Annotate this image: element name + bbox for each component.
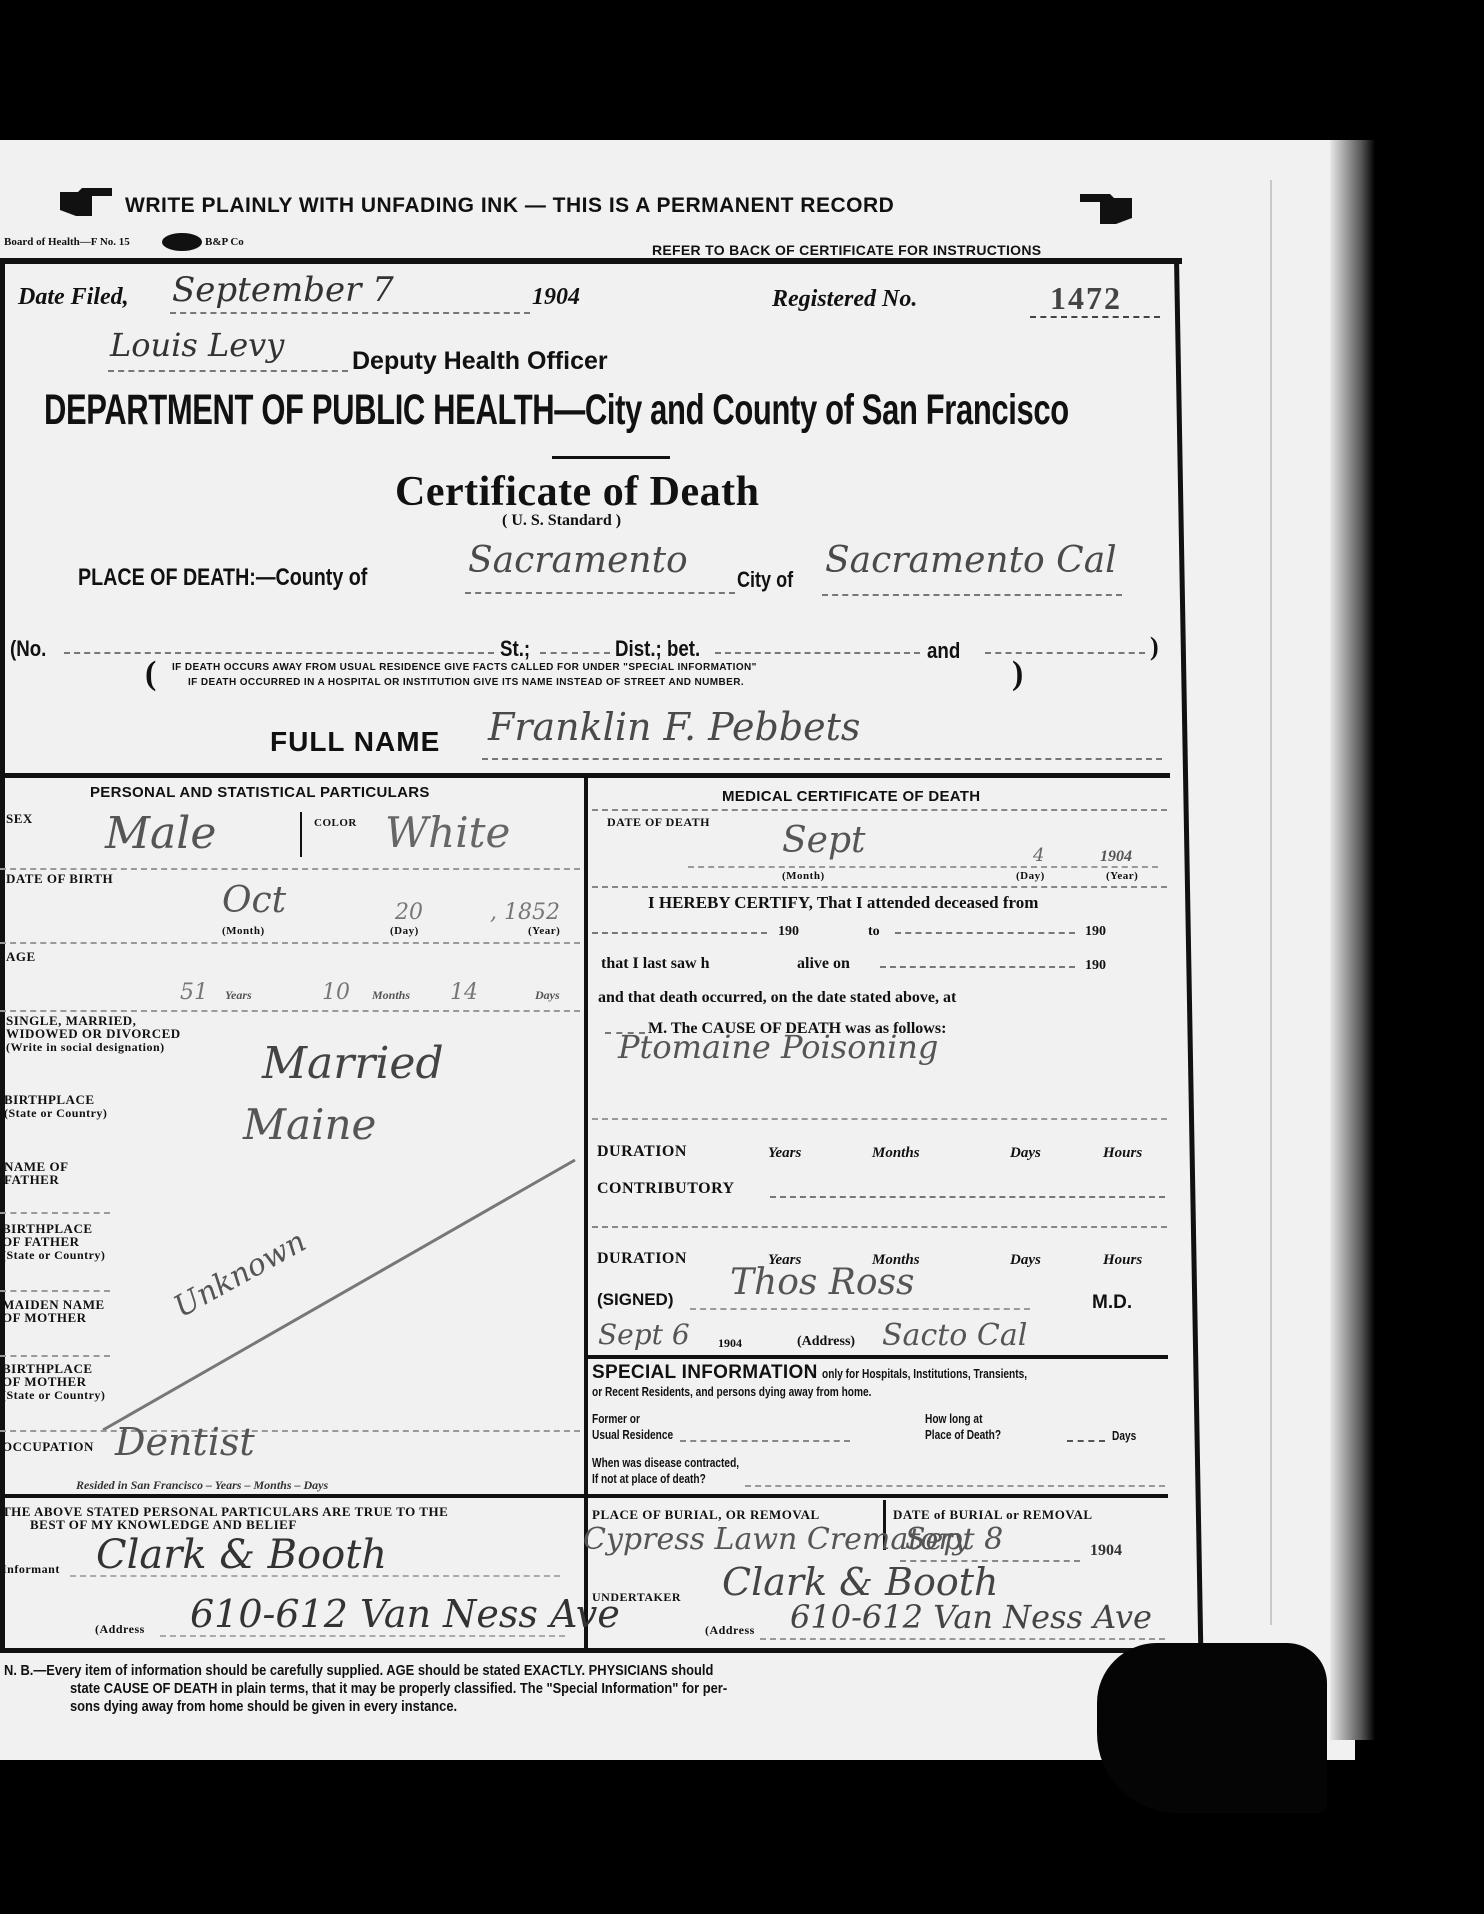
special-info-heading: SPECIAL INFORMATION only for Hospitals, …	[592, 1362, 1085, 1384]
inner-page-edge	[1270, 180, 1272, 1625]
row-line	[592, 1118, 1167, 1120]
duration-label: DURATION	[597, 1143, 687, 1161]
informant-underline	[70, 1575, 560, 1577]
undertaker-address-value: 610-612 Van Ness Ave	[790, 1598, 1152, 1636]
special-info-divider	[588, 1355, 1168, 1359]
nb-note-line-3: sons dying away from home should be give…	[70, 1698, 457, 1715]
burial-date-label: DATE of BURIAL or REMOVAL	[893, 1508, 1093, 1522]
former-residence-label-2: Usual Residence	[592, 1428, 673, 1442]
physician-signature: Thos Ross	[730, 1262, 915, 1303]
contributory-line	[770, 1196, 1165, 1198]
burial-place-label: PLACE OF BURIAL, OR REMOVAL	[592, 1508, 820, 1522]
dod-day: 4	[1033, 845, 1044, 866]
physician-address-label: (Address)	[797, 1334, 855, 1350]
days-label: Days	[1112, 1428, 1136, 1443]
former-residence-line	[680, 1440, 850, 1442]
duration-days: Days	[1010, 1145, 1041, 1162]
district-label: Dist.; bet.	[615, 636, 700, 662]
dod-month-caption: (Month)	[782, 869, 825, 883]
alive-on-line	[880, 966, 1075, 968]
undertaker-label: UNDERTAKER	[592, 1590, 681, 1604]
pointing-hand-icon-right	[1072, 192, 1132, 229]
special-info-title: SPECIAL INFORMATION	[592, 1362, 818, 1383]
duration-label-2: DURATION	[597, 1250, 687, 1268]
last-saw-text: that I last saw h	[601, 955, 709, 973]
informant-address-value: 610-612 Van Ness Ave	[190, 1592, 620, 1636]
how-long-label-2: Place of Death?	[925, 1428, 1001, 1442]
close-paren: )	[1150, 632, 1159, 662]
diagonal-strike-line	[0, 0, 600, 1500]
from-190: 190	[778, 924, 799, 940]
physician-address-value: Sacto Cal	[882, 1318, 1027, 1353]
row-line	[592, 886, 1167, 888]
duration-months: Months	[872, 1145, 920, 1162]
former-residence-label-1: Former or	[592, 1412, 640, 1426]
nb-note-line-1: N. B.—Every item of information should b…	[4, 1662, 713, 1679]
informant-address-underline	[160, 1635, 565, 1637]
to-line	[895, 932, 1075, 934]
dod-year-caption: (Year)	[1106, 869, 1138, 883]
signed-label: (SIGNED)	[597, 1290, 674, 1310]
duration-hours: Hours	[1103, 1145, 1142, 1162]
contributory-line-2	[592, 1226, 1167, 1228]
signature-underline	[690, 1308, 1030, 1310]
registered-no-label: Registered No.	[772, 286, 917, 313]
bracket-right: )	[1012, 655, 1023, 693]
duration-years: Years	[768, 1145, 801, 1162]
refer-instructions: REFER TO BACK OF CERTIFICATE FOR INSTRUC…	[652, 242, 1041, 258]
contracted-label-1: When was disease contracted,	[592, 1456, 739, 1470]
sign-date: Sept 6	[598, 1318, 690, 1351]
informant-value: Clark & Booth	[96, 1532, 387, 1578]
md-label: M.D.	[1092, 1292, 1132, 1314]
and-line	[985, 652, 1145, 654]
from-line	[592, 932, 767, 934]
informant-label: Informant	[2, 1562, 60, 1576]
row-line	[592, 809, 1167, 811]
dod-label: DATE OF DEATH	[607, 815, 710, 829]
sign-year: 1904	[718, 1336, 742, 1351]
undertaker-address-label: (Address	[705, 1623, 755, 1637]
alive-190: 190	[1085, 958, 1106, 974]
box-bottom-border	[0, 1648, 1160, 1653]
registered-no-value: 1472	[1050, 280, 1122, 317]
death-occurred-text: and that death occurred, on the date sta…	[598, 989, 956, 1007]
resided-in-sf: Resided in San Francisco – Years – Month…	[76, 1478, 328, 1493]
medical-heading: MEDICAL CERTIFICATE OF DEATH	[722, 788, 980, 805]
contracted-line	[745, 1485, 1165, 1487]
certify-statement: I HEREBY CERTIFY, That I attended deceas…	[648, 893, 1038, 913]
special-info-line-2: or Recent Residents, and persons dying a…	[592, 1384, 871, 1399]
contracted-label-2: If not at place of death?	[592, 1472, 706, 1486]
dod-day-caption: (Day)	[1016, 869, 1045, 883]
special-info-subtitle: only for Hospitals, Institutions, Transi…	[822, 1366, 1027, 1381]
duration-hours-2: Hours	[1103, 1252, 1142, 1269]
to-label: to	[868, 924, 880, 940]
registered-underline	[1030, 316, 1160, 318]
occupation-label: OCCUPATION	[2, 1440, 94, 1454]
to-190: 190	[1085, 924, 1106, 940]
how-long-label-1: How long at	[925, 1412, 982, 1426]
city-label: City of	[737, 567, 793, 593]
row-line	[0, 1430, 580, 1432]
burial-year: 1904	[1090, 1542, 1122, 1560]
alive-on-text: alive on	[797, 955, 850, 973]
how-long-line	[1067, 1440, 1105, 1442]
thumb-shadow	[1097, 1643, 1327, 1813]
attest-divider	[0, 1494, 584, 1498]
city-underline	[822, 594, 1122, 596]
informant-address-label: (Address	[95, 1622, 145, 1636]
dod-month: Sept	[782, 820, 865, 861]
undertaker-address-underline	[760, 1638, 1165, 1640]
occupation-value: Dentist	[115, 1420, 255, 1464]
district-line	[715, 652, 920, 654]
contributory-label: CONTRIBUTORY	[597, 1180, 735, 1198]
dod-underline	[688, 866, 1158, 868]
duration-days-2: Days	[1010, 1252, 1041, 1269]
paper-shadow-edge	[1330, 140, 1375, 1740]
burial-date-value: Sept 8	[905, 1522, 1003, 1557]
nb-note-line-2: state CAUSE OF DEATH in plain terms, tha…	[70, 1680, 727, 1697]
dod-year: 1904	[1100, 848, 1132, 866]
and-label: and	[927, 638, 960, 664]
place-city: Sacramento Cal	[825, 540, 1117, 581]
cause-of-death-value: Ptomaine Poisoning	[618, 1028, 938, 1066]
burial-divider	[588, 1494, 1168, 1498]
attest-line-2: BEST OF MY KNOWLEDGE AND BELIEF	[30, 1518, 297, 1532]
